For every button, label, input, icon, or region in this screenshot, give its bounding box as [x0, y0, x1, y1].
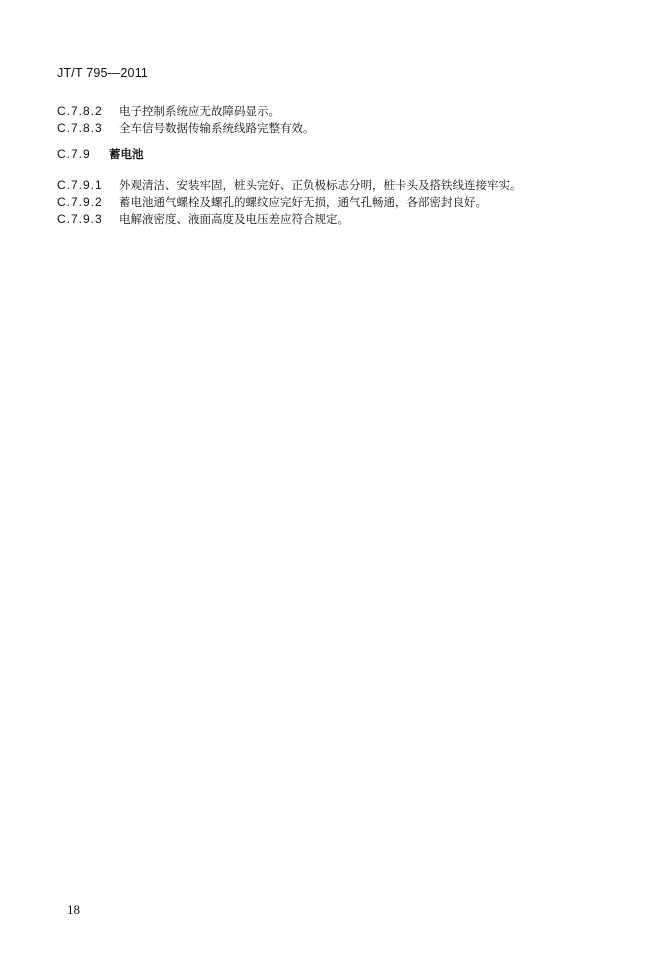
clause-number: C.7.8.3 [57, 120, 119, 136]
clause-number: C.7.8.2 [57, 103, 119, 119]
clause-text: 电解液密度、液面高度及电压差应符合规定。 [119, 212, 349, 226]
section-title: 蓄电池 [109, 147, 144, 161]
clause-c793: C.7.9.3电解液密度、液面高度及电压差应符合规定。 [57, 211, 349, 227]
standard-code-header: JT/T 795—2011 [57, 66, 148, 80]
clause-number: C.7.9.3 [57, 211, 119, 227]
clause-text: 外观清洁、安装牢固，桩头完好、正负极标志分明，桩卡头及搭铁线连接牢实。 [119, 178, 522, 192]
section-number: C.7.9 [57, 146, 109, 162]
section-title-c79: C.7.9蓄电池 [57, 146, 144, 162]
clause-number: C.7.9.1 [57, 177, 119, 193]
clause-text: 全车信号数据传输系统线路完整有效。 [119, 121, 315, 135]
page-number: 18 [67, 902, 80, 918]
clause-c783: C.7.8.3全车信号数据传输系统线路完整有效。 [57, 120, 315, 136]
clause-c791: C.7.9.1外观清洁、安装牢固，桩头完好、正负极标志分明，桩卡头及搭铁线连接牢… [57, 177, 522, 193]
clause-c782: C.7.8.2电子控制系统应无故障码显示。 [57, 103, 280, 119]
clause-text: 蓄电池通气螺栓及螺孔的螺纹应完好无损，通气孔畅通，各部密封良好。 [119, 195, 487, 209]
clause-c792: C.7.9.2蓄电池通气螺栓及螺孔的螺纹应完好无损，通气孔畅通，各部密封良好。 [57, 194, 487, 210]
clause-number: C.7.9.2 [57, 194, 119, 210]
clause-text: 电子控制系统应无故障码显示。 [119, 104, 280, 118]
